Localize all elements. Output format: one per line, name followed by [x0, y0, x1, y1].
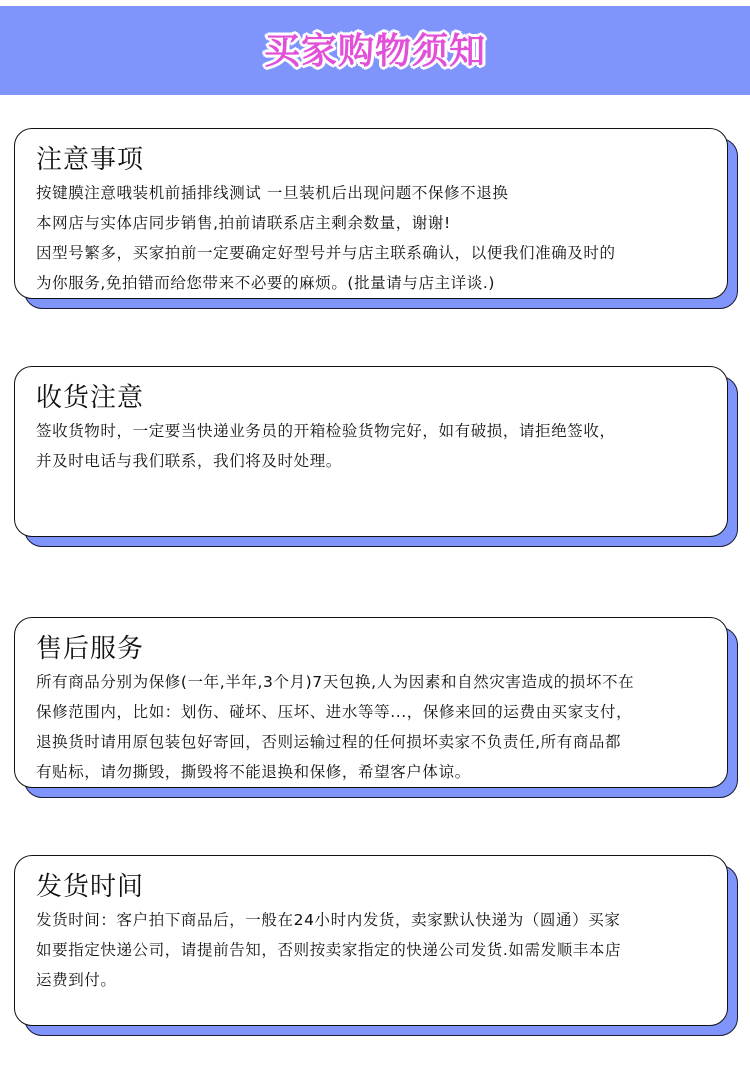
section-text-line: 按键膜注意哦装机前插排线测试 一旦装机后出现问题不保修不退换 — [36, 178, 727, 208]
section-text-line: 因型号繁多，买家拍前一定要确定好型号并与店主联系确认，以便我们准确及时的 — [36, 238, 727, 268]
notice-card: 注意事项 按键膜注意哦装机前插排线测试 一旦装机后出现问题不保修不退换 本网店与… — [14, 128, 728, 299]
section-title: 发货时间 — [36, 870, 727, 904]
section-text-line: 签收货物时，一定要当快递业务员的开箱检验货物完好，如有破损，请拒绝签收， — [36, 416, 727, 446]
after-sales-card: 售后服务 所有商品分别为保修(一年,半年,3个月)7天包换,人为因素和自然灾害造… — [14, 617, 728, 788]
shipping-time-section: 发货时间 发货时间：客户拍下商品后，一般在24小时内发货，卖家默认快递为（圆通）… — [14, 855, 728, 1026]
section-text-line: 有贴标，请勿撕毁，撕毁将不能退换和保修，希望客户体谅。 — [36, 757, 727, 787]
notice-section: 注意事项 按键膜注意哦装机前插排线测试 一旦装机后出现问题不保修不退换 本网店与… — [14, 128, 728, 299]
receiving-section: 收货注意 签收货物时，一定要当快递业务员的开箱检验货物完好，如有破损，请拒绝签收… — [14, 366, 728, 537]
section-text-line: 保修范围内，比如：划伤、碰坏、压坏、进水等等...，保修来回的运费由买家支付， — [36, 697, 727, 727]
section-text-line: 本网店与实体店同步销售,拍前请联系店主剩余数量，谢谢! — [36, 208, 727, 238]
section-text-line: 并及时电话与我们联系，我们将及时处理。 — [36, 446, 727, 476]
section-text-line: 为你服务,免拍错而给您带来不必要的麻烦。(批量请与店主详谈.) — [36, 268, 727, 298]
page-title: 买家购物须知 — [264, 23, 486, 74]
section-text-line: 退换货时请用原包装包好寄回，否则运输过程的任何损坏卖家不负责任,所有商品都 — [36, 727, 727, 757]
section-title: 收货注意 — [36, 381, 727, 415]
after-sales-section: 售后服务 所有商品分别为保修(一年,半年,3个月)7天包换,人为因素和自然灾害造… — [14, 617, 728, 788]
shipping-time-card: 发货时间 发货时间：客户拍下商品后，一般在24小时内发货，卖家默认快递为（圆通）… — [14, 855, 728, 1026]
header-banner: 买家购物须知 — [0, 6, 750, 95]
section-title: 售后服务 — [36, 632, 727, 666]
section-text-line: 所有商品分别为保修(一年,半年,3个月)7天包换,人为因素和自然灾害造成的损坏不… — [36, 667, 727, 697]
receiving-card: 收货注意 签收货物时，一定要当快递业务员的开箱检验货物完好，如有破损，请拒绝签收… — [14, 366, 728, 537]
section-text-line: 发货时间：客户拍下商品后，一般在24小时内发货，卖家默认快递为（圆通）买家 — [36, 905, 727, 935]
section-title: 注意事项 — [36, 143, 727, 177]
section-text-line: 如要指定快递公司，请提前告知，否则按卖家指定的快递公司发货.如需发顺丰本店 — [36, 935, 727, 965]
section-text-line: 运费到付。 — [36, 965, 727, 995]
